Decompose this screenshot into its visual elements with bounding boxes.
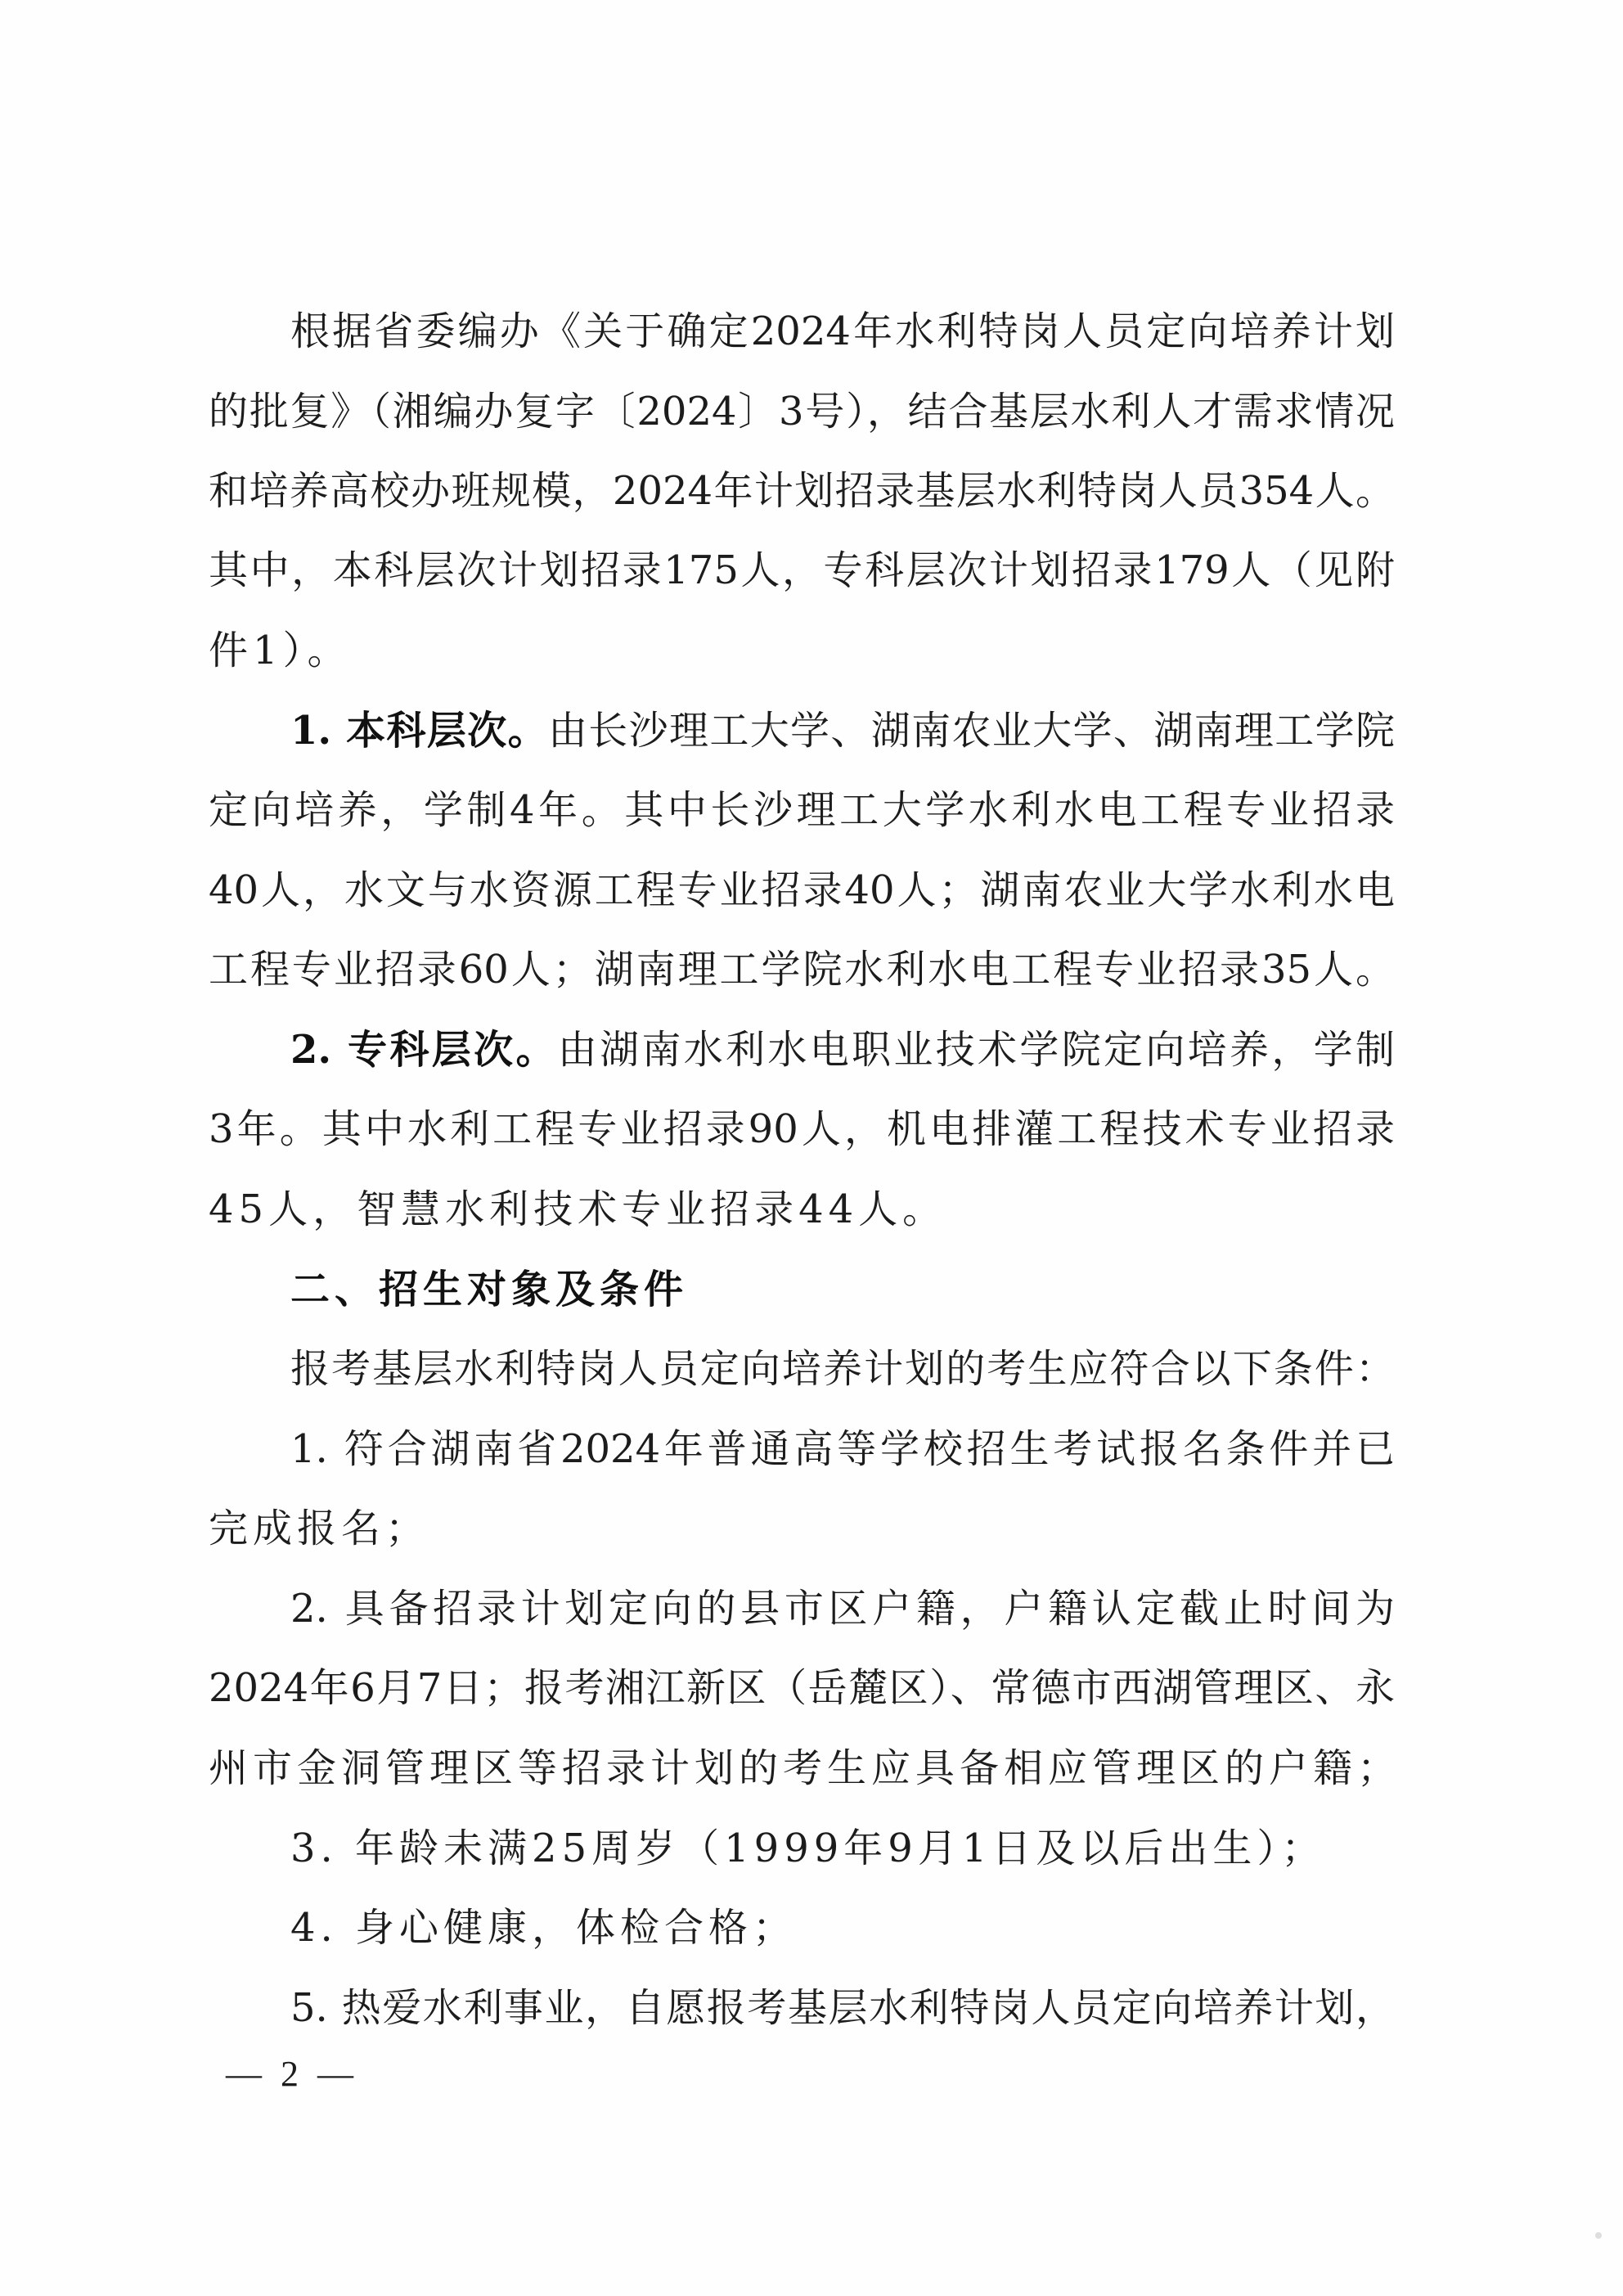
undergraduate-line-3: 40人，水文与水资源工程专业招录40人；湖南农业大学水利水电 (209, 850, 1395, 930)
condition-5-line: 5. 热爱水利事业，自愿报考基层水利特岗人员定向培养计划， (209, 1968, 1395, 2048)
intro-line-3: 和培养高校办班规模，2024年计划招录基层水利特岗人员354人。 (209, 451, 1395, 531)
condition-1-line-1: 1. 符合湖南省2024年普通高等学校招生考试报名条件并已 (209, 1409, 1395, 1489)
intro-line-1: 根据省委编办《关于确定2024年水利特岗人员定向培养计划 (209, 291, 1395, 371)
undergraduate-line-1: 1. 本科层次。由长沙理工大学、湖南农业大学、湖南理工学院 (209, 691, 1395, 771)
intro-line-4: 其中，本科层次计划招录175人，专科层次计划招录179人（见附 (209, 530, 1395, 610)
undergraduate-lead: 1. 本科层次。 (290, 708, 548, 754)
undergraduate-line-4: 工程专业招录60人；湖南理工学院水利水电工程专业招录35人。 (209, 930, 1395, 1010)
page-number: — 2 — (226, 2046, 358, 2103)
vocational-line-1: 2. 专科层次。由湖南水利水电职业技术学院定向培养，学制 (209, 1010, 1395, 1090)
conditions-intro-line: 报考基层水利特岗人员定向培养计划的考生应符合以下条件： (209, 1329, 1395, 1409)
condition-2-line-1: 2. 具备招录计划定向的县市区户籍，户籍认定截止时间为 (209, 1569, 1395, 1649)
section-heading: 二、招生对象及条件 (209, 1249, 1395, 1330)
intro-line-5: 件1）。 (209, 610, 1395, 691)
undergraduate-line-1-text: 由长沙理工大学、湖南农业大学、湖南理工学院 (548, 708, 1395, 754)
vocational-lead: 2. 专科层次。 (290, 1027, 558, 1073)
vocational-line-3: 45人，智慧水利技术专业招录44人。 (209, 1169, 1395, 1249)
condition-1-line-2: 完成报名； (209, 1488, 1395, 1569)
condition-2-line-2: 2024年6月7日；报考湘江新区（岳麓区）、常德市西湖管理区、永 (209, 1648, 1395, 1728)
scan-artifact (1595, 2232, 1602, 2239)
condition-4-line: 4. 身心健康，体检合格； (209, 1888, 1395, 1968)
condition-3-line: 3. 年龄未满25周岁（1999年9月1日及以后出生）； (209, 1808, 1395, 1889)
intro-line-2: 的批复》（湘编办复字〔2024〕3号），结合基层水利人才需求情况 (209, 371, 1395, 452)
vocational-line-2: 3年。其中水利工程专业招录90人，机电排灌工程技术专业招录 (209, 1089, 1395, 1169)
vocational-line-1-text: 由湖南水利水电职业技术学院定向培养，学制 (558, 1027, 1395, 1073)
condition-2-line-3: 州市金洞管理区等招录计划的考生应具备相应管理区的户籍； (209, 1728, 1395, 1808)
undergraduate-line-2: 定向培养，学制4年。其中长沙理工大学水利水电工程专业招录 (209, 770, 1395, 850)
document-page: 根据省委编办《关于确定2024年水利特岗人员定向培养计划 的批复》（湘编办复字〔… (0, 0, 1623, 2296)
